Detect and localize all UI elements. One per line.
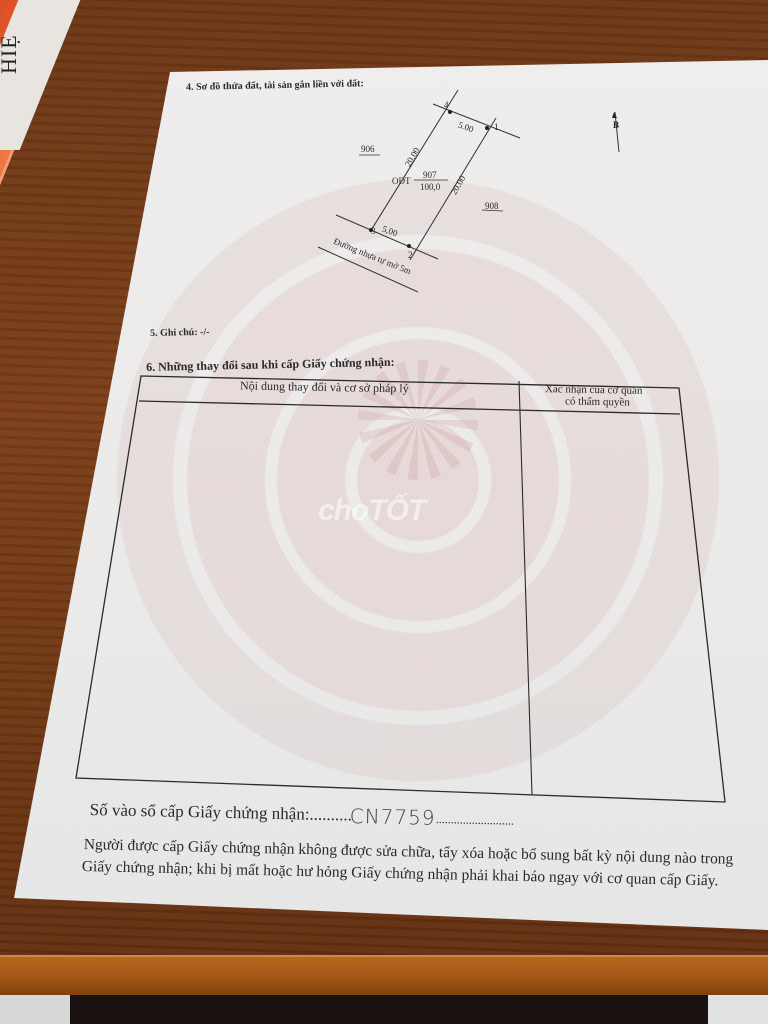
chotot-watermark: choTỐT [318,494,425,528]
folder-paper [0,0,84,150]
table-header-changes: Nội dung thay đổi và cơ sở pháp lý [240,379,409,397]
registration-number: CN7759 [349,804,435,830]
table-header-authority-1: Xác nhận của cơ quan [545,383,643,397]
table-edge [0,955,768,997]
floor-tile-right [708,995,768,1024]
floor-tile-left [0,995,70,1024]
table-header-authority-2: có thẩm quyền [565,395,630,408]
land-certificate-page: 4. Sơ đồ thửa đất, tài sản gắn liền với … [0,0,768,1024]
registration-dots-after: .......................... [436,812,514,829]
registration-dots: .......... [309,805,352,825]
floor [0,995,768,1024]
registration-label-text: Số vào sổ cấp Giấy chứng nhận: [90,800,310,824]
folder-text: HIỆ [0,34,22,74]
